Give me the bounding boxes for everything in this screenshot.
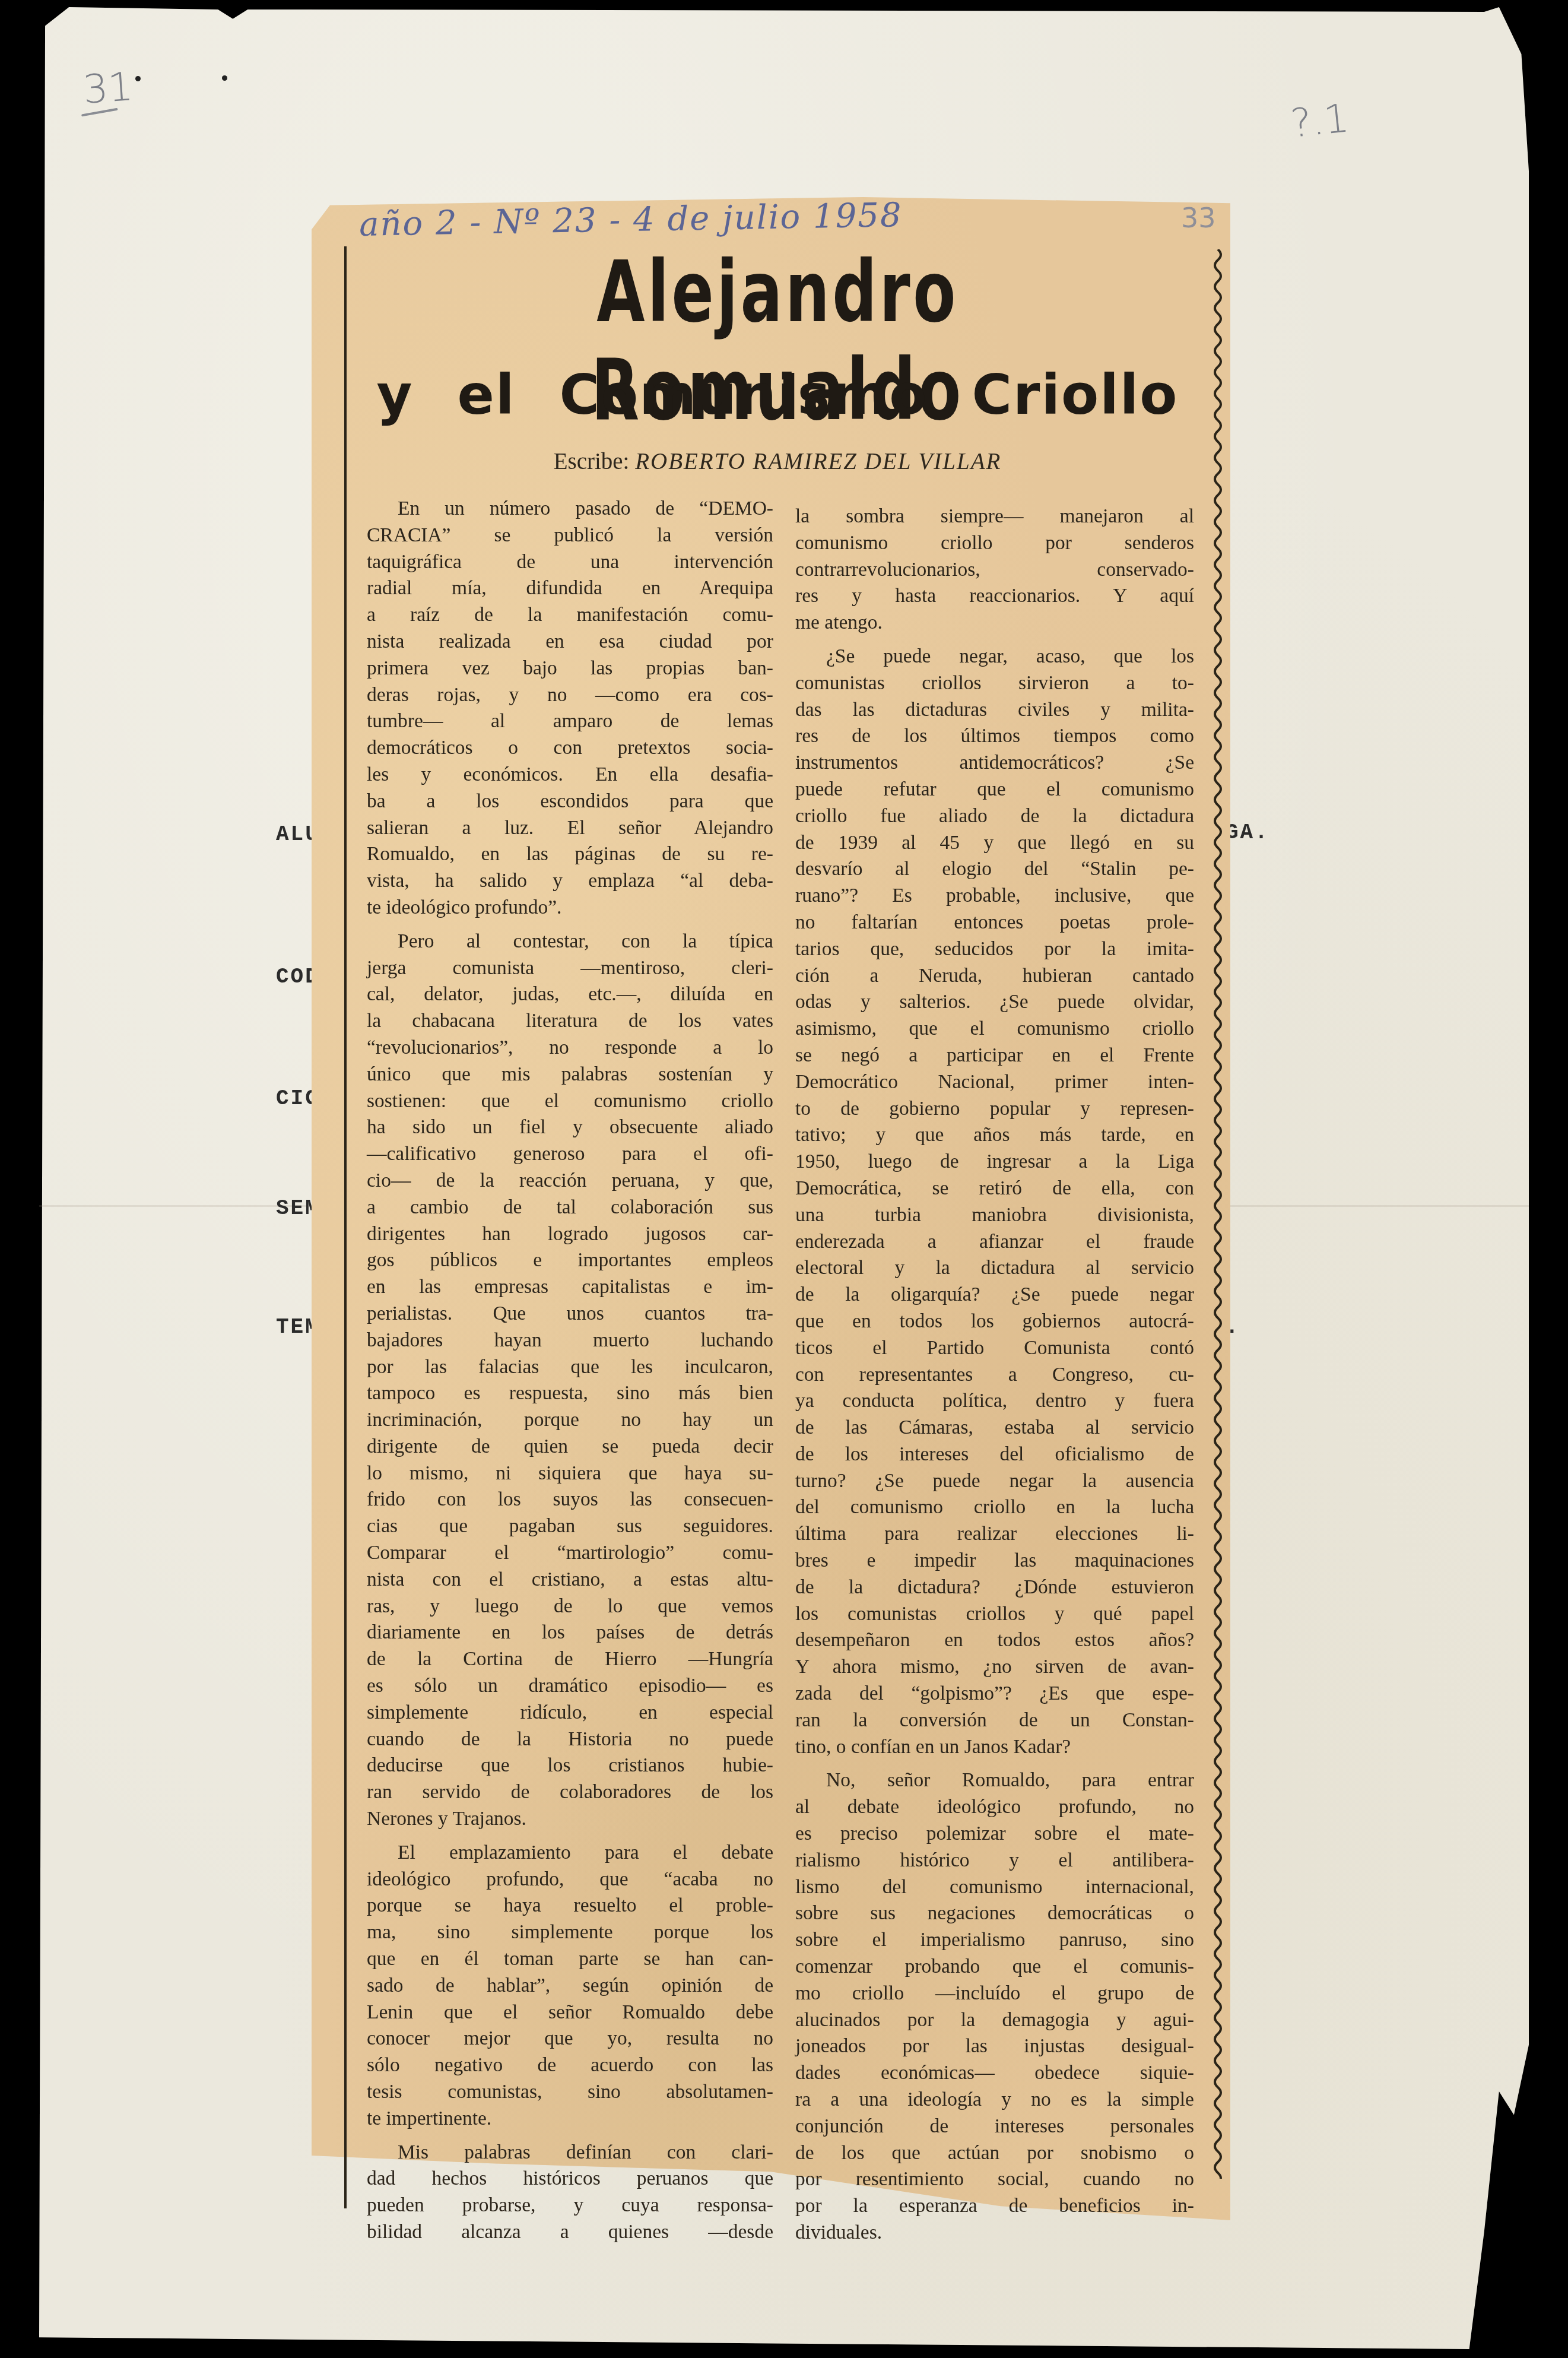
article-line: salieran a luz. El señor Alejandro [367,815,773,842]
article-line: das las dictaduras civiles y milita- [795,697,1194,724]
article-line: la chabacana literatura de los vates [367,1008,773,1035]
article-line: primera vez bajo las propias ban- [367,655,773,682]
article-line: te impertinente. [367,2106,773,2132]
article-line: Romualdo, en las páginas de su re- [367,841,773,868]
article-line: de 1939 al 45 y que llegó en su [795,830,1194,857]
article-line: conjunción de intereses personales [795,2113,1194,2140]
article-line: ¿Se puede negar, acaso, que los [795,644,1194,670]
article-line: En un número pasado de “DEMO- [367,496,773,522]
article-line: por resentimiento social, cuando no [795,2166,1194,2193]
article-line: ticos el Partido Comunista contó [795,1335,1194,1362]
article-line: res de los últimos tiempos como [795,723,1194,750]
article-line: instrumentos antidemocráticos? ¿Se [795,750,1194,777]
article-line: ran la conversión de un Constan- [795,1707,1194,1734]
article-line: que en él toman parte se han can- [367,1946,773,1973]
article-line: joneados por las injustas desigual- [795,2033,1194,2060]
article-line: al debate ideológico profundo, no [795,1794,1194,1821]
article-line: cio— de la reacción peruana, y que, [367,1168,773,1194]
article-line: por la esperanza de beneficios in- [795,2193,1194,2220]
article-line: cuando de la Historia no puede [367,1726,773,1753]
punch-hole [222,75,227,81]
article-line: nista con el cristiano, a estas altu- [367,1567,773,1593]
article-line: dirigente de quien se pueda decir [367,1434,773,1460]
article-line: ra a una ideología y no es la simple [795,2087,1194,2113]
article-line: Y ahora mismo, ¿no sirven de avan- [795,1654,1194,1681]
article-line: comunismo criollo por senderos [795,530,1194,557]
article-line: Nerones y Trajanos. [367,1806,773,1833]
article-line: cal, delator, judas, etc.—, diluída en [367,981,773,1008]
article-line: rialismo histórico y el antilibera- [795,1847,1194,1874]
article-line: puede refutar que el comunismo [795,777,1194,803]
article-line: frido con los suyos las consecuen- [367,1487,773,1513]
article-line: porque se haya resuelto el proble- [367,1893,773,1919]
article-line: perialistas. Que unos cuantos tra- [367,1301,773,1327]
article-line: democráticos o con pretextos socia- [367,735,773,762]
article-line: que en todos los gobiernos autocrá- [795,1308,1194,1335]
article-line: ción a Neruda, hubieran cantado [795,963,1194,990]
article-line: ba a los escondidos para que [367,788,773,815]
article-line: sostienen: que el comunismo criollo [367,1088,773,1115]
article-line: ya conducta política, dentro y fuera [795,1388,1194,1415]
byline-author: ROBERTO RAMIREZ DEL VILLAR [635,449,1001,474]
article-line: de las Cámaras, estaba al servicio [795,1415,1194,1441]
column-rule-left [344,246,347,2208]
form-fragment: GA. [1226,820,1269,845]
article-line: Pero al contestar, con la típica [367,928,773,955]
page-number: 33 [1181,202,1216,234]
article-line: deras rojas, y no —como era cos- [367,682,773,709]
article-line: deducirse que los cristianos hubie- [367,1752,773,1779]
article-line: una turbia maniobra divisionista, [795,1202,1194,1229]
article-line: 1950, luego de ingresar a la Liga [795,1149,1194,1175]
article-column-right: la sombra siempre— manejaron alcomunismo… [795,503,1194,2246]
article-line: asimismo, que el comunismo criollo [795,1016,1194,1042]
article-line: lo mismo, ni siquiera que haya su- [367,1460,773,1487]
article-line: ras, y luego de lo que vemos [367,1593,773,1620]
article-line: Democrática, se retiró de ella, con [795,1175,1194,1202]
article-line: Mis palabras definían con clari- [367,2140,773,2166]
article-line: ran servido de colaboradores de los [367,1779,773,1806]
article-line: ruano”? Es probable, inclusive, que [795,883,1194,909]
article-line: conocer mejor que yo, resulta no [367,2026,773,2052]
article-line: radial mía, difundida en Arequipa [367,575,773,602]
article-line: zada del “golpismo”? ¿Es que espe- [795,1681,1194,1707]
article-line: a cambio de tal colaboración sus [367,1194,773,1221]
article-line: lismo del comunismo internacional, [795,1874,1194,1901]
article-line: ma, sino simplemente porque los [367,1919,773,1946]
article-line: te ideológico profundo”. [367,895,773,921]
article-line: —calificativo generoso para el ofi- [367,1141,773,1168]
article-line: tino, o confían en un Janos Kadar? [795,1734,1194,1761]
article-line: dividuales. [795,2220,1194,2246]
article-column-left: En un número pasado de “DEMO-CRACIA” se … [367,496,773,2246]
article-line: mo criollo —incluído el grupo de [795,1980,1194,2007]
article-line: “revolucionarios”, no responde a lo [367,1035,773,1061]
article-line: tativo; y que años más tarde, en [795,1122,1194,1149]
article-line: dad hechos históricos peruanos que [367,2166,773,2192]
article-line: bilidad alcanza a quienes —desde [367,2219,773,2246]
article-line: jerga comunista —mentiroso, cleri- [367,955,773,982]
article-line: cias que pagaban sus seguidores. [367,1513,773,1540]
article-line: dades económicas— obedece siquie- [795,2060,1194,2087]
article-line: Lenin que el señor Romualdo debe [367,1999,773,2026]
article-line: tampoco es respuesta, sino más bien [367,1380,773,1407]
article-line: electoral y la dictadura al servicio [795,1255,1194,1282]
article-line: de la dictadura? ¿Dónde estuvieron [795,1574,1194,1601]
article-line: sólo negativo de acuerdo con las [367,2052,773,2079]
byline-prefix: Escribe: [554,449,630,474]
article-line: ideológico profundo, que “acaba no [367,1866,773,1893]
article-line: tumbre— al amparo de lemas [367,708,773,735]
article-line: El emplazamiento para el debate [367,1840,773,1866]
article-line: tesis comunistas, sino absolutamen- [367,2079,773,2106]
article-line: to de gobierno popular y represen- [795,1096,1194,1123]
article-line: bajadores hayan muerto luchando [367,1327,773,1354]
article-line: pueden probarse, y cuya responsa- [367,2192,773,2219]
punch-hole [135,76,141,81]
article-line: desempeñaron en todos estos años? [795,1627,1194,1654]
article-line: tarios que, seducidos por la imita- [795,936,1194,963]
article-line: ha sido un fiel y obsecuente aliado [367,1114,773,1141]
byline: Escribe: ROBERTO RAMIREZ DEL VILLAR [332,448,1223,475]
article-line: a raíz de la manifestación comu- [367,602,773,629]
article-line: última para realizar elecciones li- [795,1521,1194,1548]
article-line: odas y salterios. ¿Se puede olvidar, [795,989,1194,1016]
wavy-border-right [1211,249,1225,2179]
article-line: es sólo un dramático episodio— es [367,1673,773,1700]
article-line: sobre el imperialismo panruso, sino [795,1927,1194,1954]
article-line: es preciso polemizar sobre el mate- [795,1821,1194,1847]
headline-line-2: y el Comunismo Criollo [332,363,1223,427]
pencil-folio-note: 31 [81,64,134,113]
article-line: la sombra siempre— manejaron al [795,503,1194,530]
article-line: por las falacias que les inculcaron, [367,1354,773,1381]
article-line: gos públicos e importantes empleos [367,1247,773,1274]
article-line: vista, ha salido y emplaza “al deba- [367,868,773,895]
article-line: no faltarían entonces poetas prole- [795,909,1194,936]
article-line: del comunismo criollo en la lucha [795,1494,1194,1521]
article-line: en las empresas capitalistas e im- [367,1274,773,1301]
article-line: contrarrevolucionarios, conservado- [795,557,1194,584]
article-line: con representantes a Congreso, cu- [795,1362,1194,1389]
article-line: Democrático Nacional, primer inten- [795,1069,1194,1096]
article-line: desvarío al elogio del “Stalin pe- [795,856,1194,883]
article-line: se negó a participar en el Frente [795,1042,1194,1069]
article-line: enderezada a afianzar el fraude [795,1229,1194,1256]
article-line: único que mis palabras sostenían y [367,1061,773,1088]
article-line: alucinados por la demagogia y agui- [795,2007,1194,2034]
article-line: de la Cortina de Hierro —Hungría [367,1646,773,1673]
article-line: comunistas criollos sirvieron a to- [795,670,1194,697]
article-line: No, señor Romualdo, para entrar [795,1767,1194,1794]
article-line: simplemente ridículo, en especial [367,1700,773,1726]
article-line: comenzar probando que el comunis- [795,1954,1194,1980]
article-line: criollo fue aliado de la dictadura [795,803,1194,830]
article-line: diariamente en los países de detrás [367,1619,773,1646]
article-line: res y hasta reaccionarios. Y aquí [795,583,1194,610]
article-line: taquigráfica de una intervención [367,549,773,576]
article-line: de los intereses del oficialismo de [795,1441,1194,1468]
article-line: sobre sus negaciones democráticas o [795,1900,1194,1927]
article-line: sado de hablar”, según opinión de [367,1973,773,1999]
article-line: bres e impedir las maquinaciones [795,1548,1194,1574]
article-line: de la oligarquía? ¿Se puede negar [795,1282,1194,1308]
article-line: incriminación, porque no hay un [367,1407,773,1434]
article-line: los comunistas criollos y qué papel [795,1601,1194,1628]
article-line: de los que actúan por snobismo o [795,2140,1194,2167]
article-line: les y económicos. En ella desafia- [367,762,773,788]
article-line: Comparar el “martirologio” comu- [367,1540,773,1567]
article-line: nista realizada en esa ciudad por [367,629,773,655]
pencil-reference-note: ?.1 [1288,95,1351,147]
article-line: CRACIA” se publicó la versión [367,522,773,549]
article-line: me atengo. [795,610,1194,636]
article-line: turno? ¿Se puede negar la ausencia [795,1468,1194,1495]
article-line: dirigentes han logrado jugosos car- [367,1221,773,1248]
